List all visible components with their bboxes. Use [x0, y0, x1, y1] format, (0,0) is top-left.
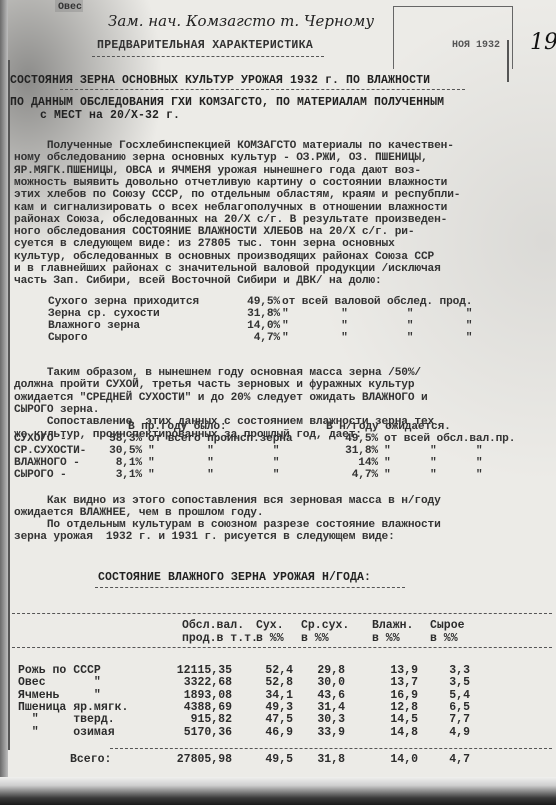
table-row-name: Рожь по СССР	[18, 664, 101, 677]
table-cell: 4,9	[400, 726, 470, 739]
column-header-unit: прод.в т.т.	[182, 632, 258, 645]
comparison-prev-value: 3,1%	[80, 469, 142, 482]
corner-tag: Овес	[58, 2, 82, 13]
table-cell: 30,3	[275, 713, 345, 726]
share-value: 4,7%	[200, 332, 280, 345]
stamp-text: НОЯ 1932	[452, 40, 500, 51]
column-header: Сырое	[430, 619, 465, 632]
title-underline	[92, 56, 324, 57]
comparison-prev-tail: " " "	[148, 469, 279, 482]
column-header: Влажн.	[372, 619, 413, 632]
subtitle-underline	[60, 89, 465, 90]
subtitle-line-3: с МЕСТ на 20/Х-32 г.	[40, 109, 180, 122]
column-header-unit: в %%	[430, 632, 458, 645]
table-cell: 3322,68	[162, 676, 232, 689]
paragraph-line: ЯР.МЯГК.ПШЕНИЦЫ, ОВСА и ЯЧМЕНЯ урожая ны…	[14, 165, 421, 178]
table-cell: 12115,35	[162, 664, 232, 677]
comparison-now-tail: " " "	[384, 469, 482, 482]
comparison-now-value: 4,7%	[326, 469, 378, 482]
table-cell: 33,9	[275, 726, 345, 739]
table-cell: 915,82	[162, 713, 232, 726]
column-header: Обсл.вал.	[182, 619, 244, 632]
table-header-bottom-rule	[12, 647, 552, 648]
table-cell: 7,7	[400, 713, 470, 726]
table-total-rule	[110, 748, 552, 749]
comparison-label: СЫРОГО -	[14, 469, 67, 482]
scan-left-edge	[0, 0, 8, 805]
table-total-label: Всего:	[70, 753, 111, 766]
subtitle-line-2: ПО ДАННЫМ ОБСЛЕДОВАНИЯ ГХИ КОМЗАГСТО, ПО…	[10, 96, 444, 109]
paragraph-line: суется в следующем виде: из 27805 тыс. т…	[14, 238, 395, 251]
table-header-top-rule	[12, 613, 552, 614]
paragraph-line: ожидается "СРЕДНЕЙ СУХОСТИ" и до 20% сле…	[14, 392, 428, 405]
paragraph-line: должна пройти СУХОЙ, третья часть зернов…	[14, 379, 414, 392]
table-row-name: Овес "	[18, 676, 101, 689]
table-title-underline	[95, 587, 405, 588]
column-header-unit: в %%	[301, 632, 329, 645]
scan-bottom-edge	[0, 777, 556, 805]
table-cell: 5,4	[400, 689, 470, 702]
subtitle-line-1: СОСТОЯНИЯ ЗЕРНА ОСНОВНЫХ КУЛЬТУР УРОЖАЯ …	[10, 74, 430, 87]
column-header-unit: в %%	[256, 632, 284, 645]
table-cell: 3,3	[400, 664, 470, 677]
paragraph-line: ному обследованию зерна основных культур…	[14, 152, 428, 165]
column-header: Ср.сух.	[301, 619, 349, 632]
page-number: 19	[530, 30, 556, 55]
paragraph-line: ного обследования СОСТОЯНИЕ ВЛАЖНОСТИ ХЛ…	[14, 226, 414, 239]
table-row-name: Пшеница яр.мягк.	[18, 701, 128, 714]
column-header-unit: в %%	[372, 632, 400, 645]
handwritten-note: Зам. нач. Комзагсто т. Черному	[108, 12, 374, 30]
share-label: Сырого	[48, 332, 87, 345]
paragraph-line: зерна урожая 1932 г. и 1931 г. рисуется …	[14, 531, 395, 544]
table-cell: 1893,08	[162, 689, 232, 702]
table-total-cell: 27805,98	[162, 753, 232, 766]
paragraph-line: СЫРОГО зерна.	[14, 404, 99, 417]
table-cell: 4388,69	[162, 701, 232, 714]
table-total-cell: 4,7	[400, 753, 470, 766]
paragraph-line: культур, обследованных в основных произв…	[14, 251, 434, 264]
table-cell: 6,5	[400, 701, 470, 714]
paragraph-line: районах Союза, обследованных на 20/Х с/г…	[14, 214, 447, 227]
stamp-frame	[393, 6, 513, 69]
table-row-name: " тверд.	[18, 713, 115, 726]
table-row-name: Ячмень "	[18, 689, 101, 702]
table-cell: 3,5	[400, 676, 470, 689]
paragraph-line: часть Зап. Сибири, всей Восточной Сибири…	[14, 275, 382, 288]
table-cell: 30,0	[275, 676, 345, 689]
table-cell: 43,6	[275, 689, 345, 702]
table-cell: 31,4	[275, 701, 345, 714]
stamp-edge	[507, 40, 509, 82]
table-total-cell: 31,8	[275, 753, 345, 766]
share-tail: " " " "	[282, 332, 472, 345]
margin-line	[8, 60, 10, 750]
table-cell: 5170,36	[162, 726, 232, 739]
paragraph-line: можность выявить довольно отчетливую кар…	[14, 177, 447, 190]
table-title: СОСТОЯНИЕ ВЛАЖНОГО ЗЕРНА УРОЖАЯ Н/ГОДА:	[98, 571, 371, 584]
document-title: ПРЕДВАРИТЕЛЬНАЯ ХАРАКТЕРИСТИКА	[97, 39, 313, 52]
paragraph-line: кам и сигнализировать о всех неблагополу…	[14, 202, 447, 215]
column-header: Сух.	[256, 619, 284, 632]
table-row-name: " озимая	[18, 726, 115, 739]
table-cell: 29,8	[275, 664, 345, 677]
paragraph-line: этих хлебов по Союзу СССР, по отдельным …	[14, 189, 460, 202]
